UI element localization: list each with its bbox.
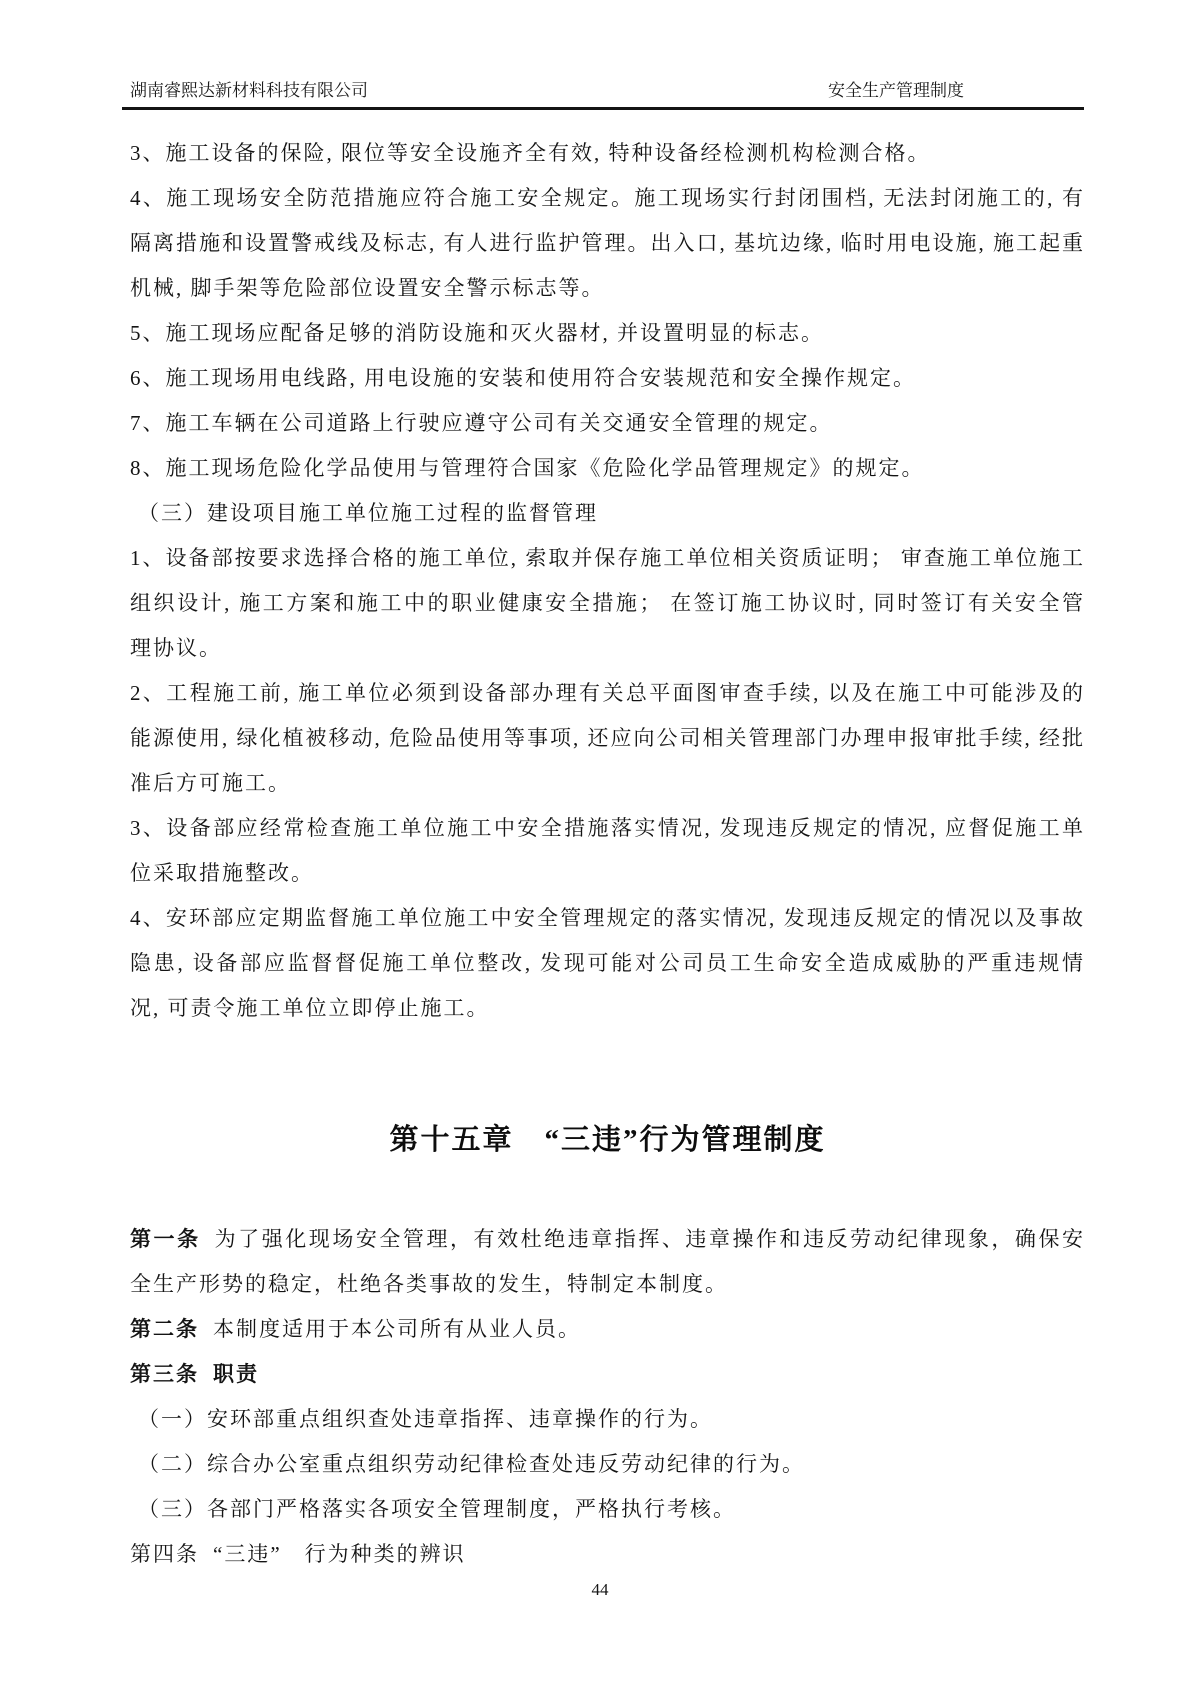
article-text: 职责 xyxy=(213,1362,259,1386)
article-label: 第三条 xyxy=(130,1362,199,1386)
header-company-name: 湖南睿熙达新材料科技有限公司 xyxy=(130,80,368,102)
supervision-item: 4、安环部应定期监督施工单位施工中安全管理规定的落实情况, 发现违反规定的情况以… xyxy=(130,896,1085,1031)
article: 第三条职责 xyxy=(130,1352,1085,1397)
supervision-item: 2、工程施工前, 施工单位必须到设备部办理有关总平面图审查手续, 以及在施工中可… xyxy=(130,671,1085,806)
construction-item: 6、施工现场用电线路, 用电设施的安装和使用符合安装规范和安全操作规定。 xyxy=(130,356,1085,401)
article: 第二条本制度适用于本公司所有从业人员。 xyxy=(130,1307,1085,1352)
article-label: 第四条 xyxy=(130,1542,199,1566)
page-footer: 44 xyxy=(0,1579,1200,1601)
header-row: 湖南睿熙达新材料科技有限公司 安全生产管理制度 xyxy=(122,80,1084,102)
article: 第一条为了强化现场安全管理，有效杜绝违章指挥、违章操作和违反劳动纪律现象，确保安… xyxy=(130,1217,1085,1307)
construction-item: 5、施工现场应配备足够的消防设施和灭火器材, 并设置明显的标志。 xyxy=(130,311,1085,356)
construction-item: 7、施工车辆在公司道路上行驶应遵守公司有关交通安全管理的规定。 xyxy=(130,401,1085,446)
page-header: 湖南睿熙达新材料科技有限公司 安全生产管理制度 xyxy=(122,80,1084,110)
construction-item: 3、施工设备的保险, 限位等安全设施齐全有效, 特种设备经检测机构检测合格。 xyxy=(130,131,1085,176)
article-label: 第二条 xyxy=(130,1317,199,1341)
page-number: 44 xyxy=(0,1579,1200,1601)
responsibility-item: （三）各部门严格落实各项安全管理制度，严格执行考核。 xyxy=(130,1487,1085,1532)
responsibility-item: （一）安环部重点组织查处违章指挥、违章操作的行为。 xyxy=(130,1397,1085,1442)
article-label: 第一条 xyxy=(130,1227,201,1251)
article-text: 本制度适用于本公司所有从业人员。 xyxy=(213,1317,581,1341)
document-body: 3、施工设备的保险, 限位等安全设施齐全有效, 特种设备经检测机构检测合格。 4… xyxy=(0,110,1200,1577)
article-text: 为了强化现场安全管理，有效杜绝违章指挥、违章操作和违反劳动纪律现象，确保安全生产… xyxy=(130,1227,1085,1296)
construction-item: 8、施工现场危险化学品使用与管理符合国家《危险化学品管理规定》的规定。 xyxy=(130,446,1085,491)
supervision-item: 3、设备部应经常检查施工单位施工中安全措施落实情况, 发现违反规定的情况, 应督… xyxy=(130,806,1085,896)
article: 第四条“三违” 行为种类的辨识 xyxy=(130,1532,1085,1577)
header-doc-title: 安全生产管理制度 xyxy=(828,80,964,102)
article-text: “三违” 行为种类的辨识 xyxy=(213,1542,466,1566)
document-page: 湖南睿熙达新材料科技有限公司 安全生产管理制度 3、施工设备的保险, 限位等安全… xyxy=(0,0,1200,1697)
subsection-heading: （三）建设项目施工单位施工过程的监督管理 xyxy=(130,491,1085,536)
responsibility-item: （二）综合办公室重点组织劳动纪律检查处违反劳动纪律的行为。 xyxy=(130,1442,1085,1487)
construction-item: 4、施工现场安全防范措施应符合施工安全规定。施工现场实行封闭围档, 无法封闭施工… xyxy=(130,176,1085,311)
chapter-title: 第十五章 “三违”行为管理制度 xyxy=(130,1117,1085,1163)
supervision-item: 1、设备部按要求选择合格的施工单位, 索取并保存施工单位相关资质证明； 审查施工… xyxy=(130,536,1085,671)
